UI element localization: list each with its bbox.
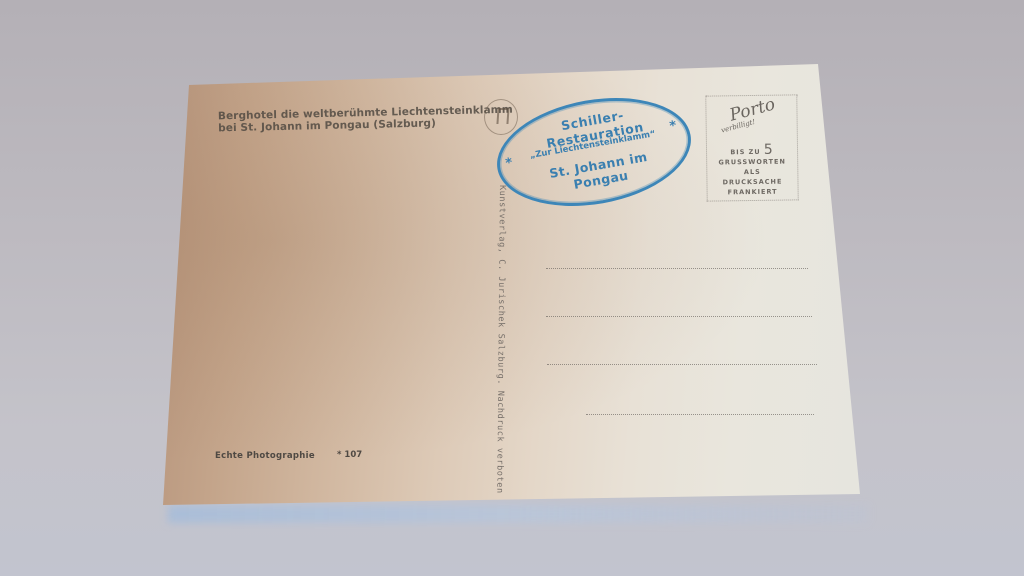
card-shadow (168, 505, 869, 523)
footer-label: Echte Photographie (215, 451, 315, 461)
star-icon: * (504, 155, 513, 171)
postage-line-3: ALS (707, 167, 797, 176)
publisher-emblem-icon (484, 99, 518, 135)
address-line (546, 268, 808, 269)
postage-box: Porto verbilligt! BIS ZU 5 GRUSSWORTEN A… (705, 94, 798, 201)
postage-line-1-text: BIS ZU (730, 148, 760, 156)
postage-number: 5 (764, 142, 774, 158)
postage-line-4: DRUCKSACHE (707, 177, 797, 186)
footer-number: * 107 (337, 450, 362, 460)
postage-line-5: FRANKIERT (708, 187, 798, 196)
church-icon (496, 108, 509, 124)
address-line (586, 414, 814, 415)
address-line (546, 316, 812, 317)
star-icon: * (669, 118, 678, 134)
postage-line-1: BIS ZU 5 (707, 141, 797, 158)
address-line (547, 364, 817, 365)
postage-line-2: GRUSSWORTEN (707, 157, 797, 166)
